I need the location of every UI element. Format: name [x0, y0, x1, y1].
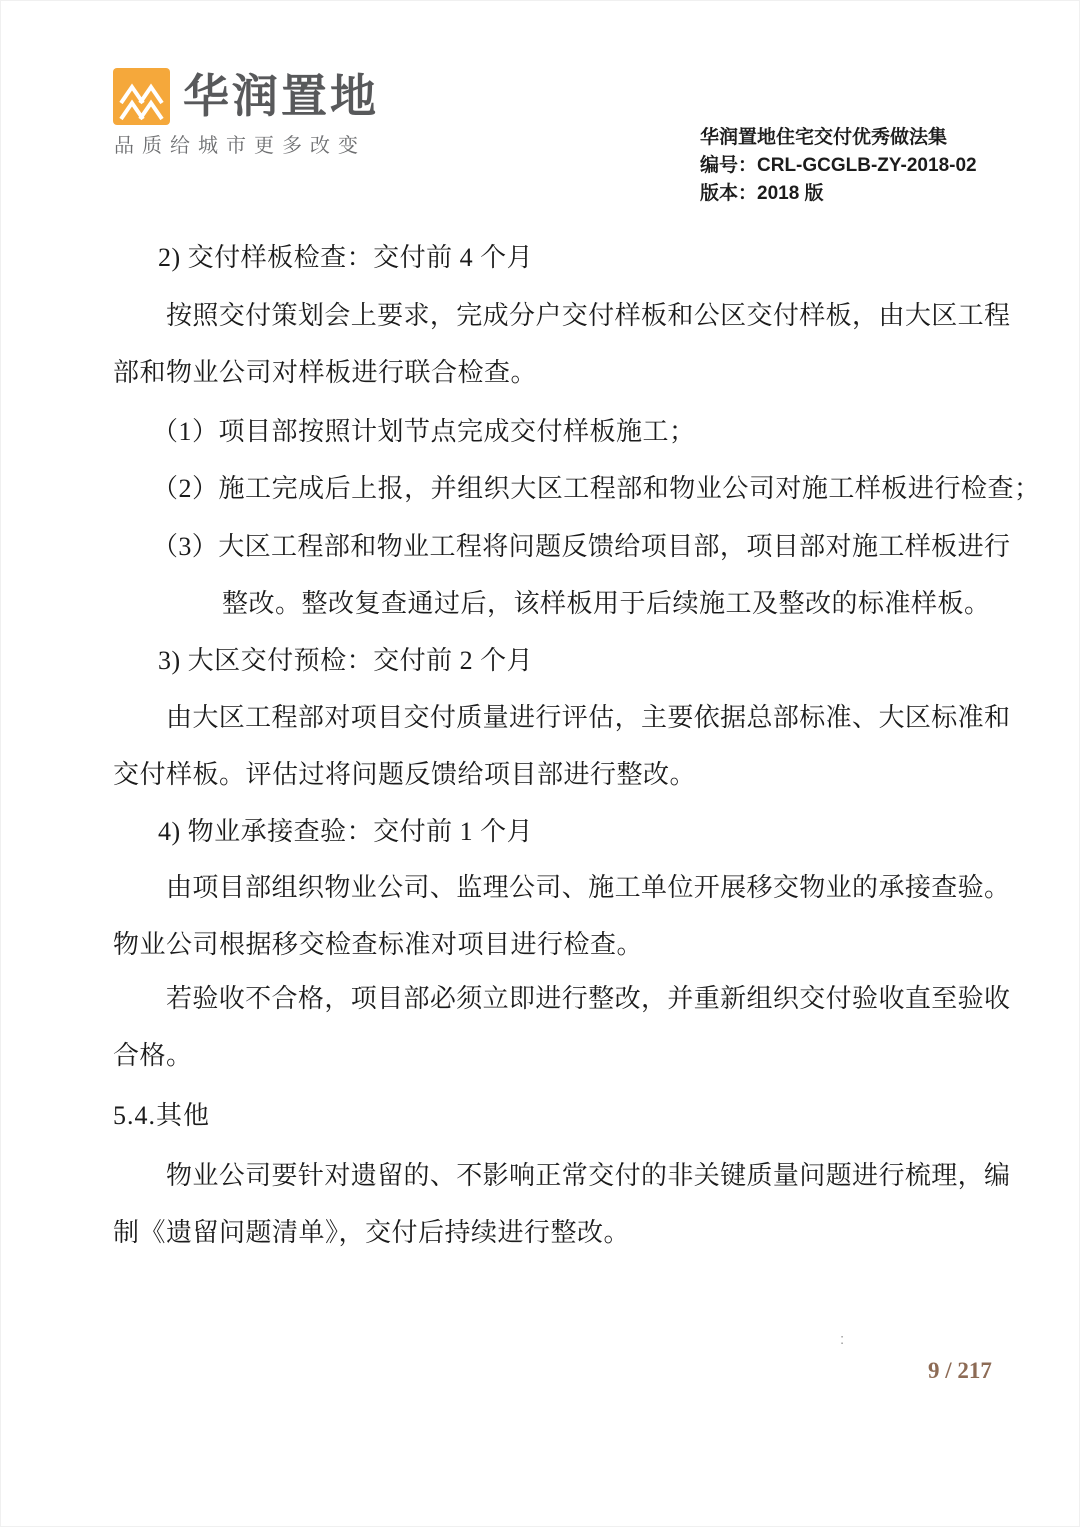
brand-name: 华润置地 [183, 68, 379, 125]
stray-mark: : [840, 1331, 844, 1348]
paragraph-line: 部和物业公司对样板进行联合检查。 [113, 357, 537, 389]
doc-header: 华润置地住宅交付优秀做法集 编号：CRL-GCGLB-ZY-2018-02 版本… [700, 124, 977, 208]
paragraph-line: 合格。 [113, 1040, 193, 1072]
sub-item-line: （3）大区工程部和物业工程将问题反馈给项目部，项目部对施工样板进行 [152, 531, 1010, 563]
paragraph-line: 整改。整改复查通过后，该样板用于后续施工及整改的标准样板。 [222, 588, 991, 620]
doc-title: 华润置地住宅交付优秀做法集 [700, 124, 977, 152]
paragraph-line: 由大区工程部对项目交付质量进行评估，主要依据总部标准、大区标准和 [166, 702, 1010, 734]
sub-item-line: （1）项目部按照计划节点完成交付样板施工； [152, 416, 696, 448]
list-item-line: 4) 物业承接查验：交付前 1 个月 [158, 816, 533, 848]
paragraph-line: 制《遗留问题清单》，交付后持续进行整改。 [113, 1217, 630, 1249]
paragraph-line: 物业公司要针对遗留的、不影响正常交付的非关键质量问题进行梳理，编 [166, 1160, 1010, 1192]
page-number: 9 / 217 [928, 1358, 992, 1384]
paragraph-line: 若验收不合格，项目部必须立即进行整改，并重新组织交付验收直至验收 [166, 983, 1010, 1015]
section-heading: 5.4.其他 [113, 1100, 210, 1132]
paragraph-line: 物业公司根据移交检查标准对项目进行检查。 [113, 929, 643, 961]
brand-tagline: 品质给城市更多改变 [114, 129, 366, 158]
paragraph-line: 交付样板。评估过将问题反馈给项目部进行整改。 [113, 759, 696, 791]
doc-number: 编号：CRL-GCGLB-ZY-2018-02 [700, 152, 977, 180]
company-logo: 华润置地 品质给城市更多改变 [113, 68, 379, 125]
paragraph-line: 由项目部组织物业公司、监理公司、施工单位开展移交物业的承接查验。 [166, 872, 1010, 904]
list-item-line: 3) 大区交付预检：交付前 2 个月 [158, 645, 533, 677]
doc-version: 版本：2018 版 [700, 180, 977, 208]
document-page: 华润置地 品质给城市更多改变 华润置地住宅交付优秀做法集 编号：CRL-GCGL… [0, 0, 1080, 1527]
list-item-line: 2) 交付样板检查：交付前 4 个月 [158, 242, 533, 274]
paragraph-line: 按照交付策划会上要求，完成分户交付样板和公区交付样板，由大区工程 [166, 300, 1010, 332]
mountain-logo-icon [113, 68, 170, 125]
sub-item-line: （2）施工完成后上报，并组织大区工程部和物业公司对施工样板进行检查； [152, 473, 1040, 505]
